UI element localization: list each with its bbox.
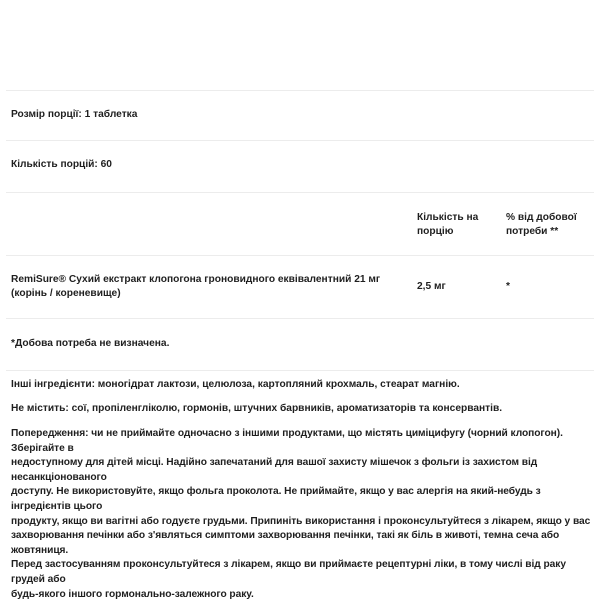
divider [6, 140, 594, 141]
divider [6, 370, 594, 371]
ingredient-amount: 2,5 мг [417, 280, 497, 294]
ingredient-name: RemiSure® Сухий екстракт клопогона гроно… [11, 273, 406, 301]
warning-line: доступу. Не використовуйте, якщо фольга … [11, 485, 596, 514]
other-ingredients: Інші інгредієнти: моногідрат лактози, це… [11, 378, 460, 392]
daily-value-footnote: *Добова потреба не визначена. [11, 337, 169, 351]
warning-text: Попередження: чи не приймайте одночасно … [11, 427, 596, 600]
warning-line: будь-якого іншого гормонально-залежного … [11, 588, 596, 600]
warning-line: захворювання печінки або з'являться симп… [11, 529, 596, 558]
divider [6, 318, 594, 319]
divider [6, 192, 594, 193]
ingredient-daily-value: * [506, 280, 586, 294]
header-daily-value: % від добової потреби ** [506, 211, 586, 239]
servings-per-container: Кількість порцій: 60 [11, 158, 112, 172]
warning-line: Перед застосуванням проконсультуйтеся з … [11, 558, 596, 587]
does-not-contain: Не містить: сої, пропіленгліколю, гормон… [11, 402, 502, 416]
divider [6, 90, 594, 91]
header-amount-per-serving: Кількість на порцію [417, 211, 497, 239]
warning-line: Попередження: чи не приймайте одночасно … [11, 427, 596, 456]
divider [6, 255, 594, 256]
warning-line: продукту, якщо ви вагітні або годуєте гр… [11, 515, 596, 530]
warning-line: недоступному для дітей місці. Надійно за… [11, 456, 596, 485]
serving-size: Розмір порції: 1 таблетка [11, 108, 137, 122]
